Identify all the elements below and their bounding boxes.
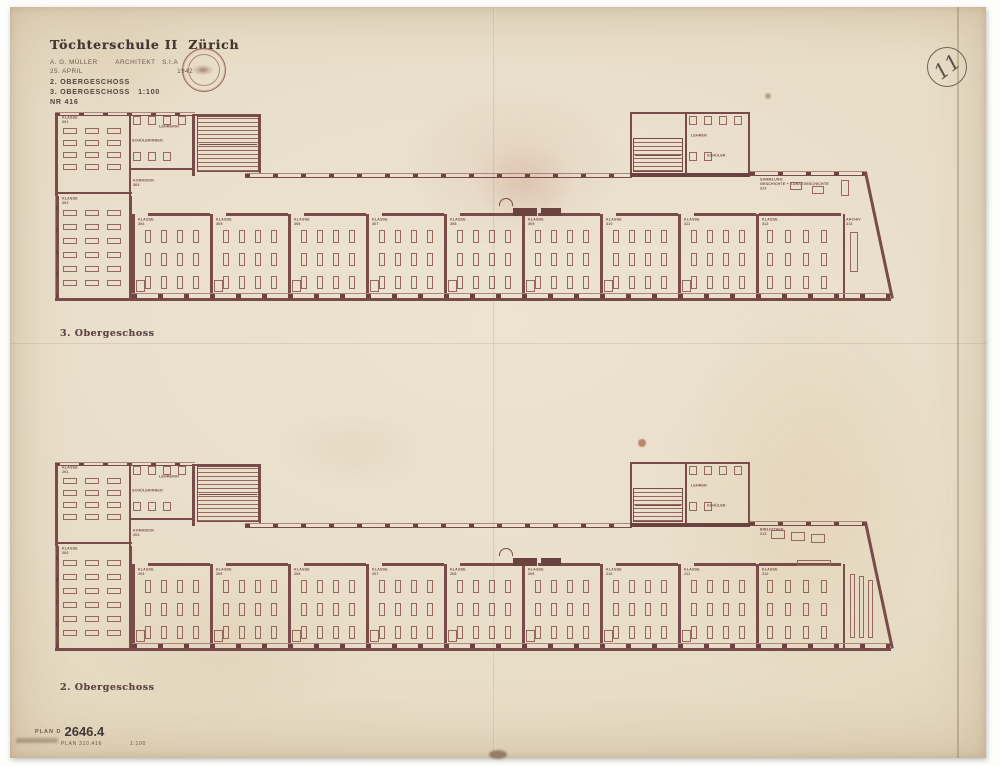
scale-ref: 1:100 <box>130 741 146 747</box>
room-label: ARCHIV 313 <box>846 218 877 228</box>
desk <box>107 252 121 258</box>
desk <box>567 580 573 593</box>
wall <box>630 112 632 176</box>
wc-stall <box>133 116 141 125</box>
room-label: SCHÜLERINNEN <box>132 139 163 149</box>
desk <box>457 230 463 243</box>
wall <box>444 564 447 650</box>
door-cabinet <box>214 280 223 292</box>
desk <box>661 276 667 289</box>
desk <box>645 580 651 593</box>
door-cabinet <box>448 280 457 292</box>
room-label: KORRIDOR 303 <box>133 179 164 189</box>
desk <box>473 580 479 593</box>
desk <box>629 276 635 289</box>
desk <box>161 253 167 266</box>
desk <box>107 588 121 594</box>
desk <box>767 580 773 593</box>
wc-stall <box>148 466 156 475</box>
desk <box>379 230 385 243</box>
desk <box>85 602 99 608</box>
desk <box>551 626 557 639</box>
desk <box>411 626 417 639</box>
desk <box>85 128 99 134</box>
wall <box>678 564 681 650</box>
door-arc <box>499 548 513 556</box>
desk <box>785 626 791 639</box>
desk <box>645 230 651 243</box>
desk <box>489 276 495 289</box>
room-label: KLASSE 205 <box>216 568 247 578</box>
desk <box>629 580 635 593</box>
desk <box>379 253 385 266</box>
window-band <box>245 173 632 178</box>
desk <box>691 276 697 289</box>
desk <box>691 580 697 593</box>
desk <box>379 276 385 289</box>
desk <box>473 253 479 266</box>
desk <box>107 152 121 158</box>
desk <box>803 626 809 639</box>
wall <box>541 558 561 566</box>
wall <box>132 214 135 300</box>
room-label: SCHÜLER <box>707 154 738 164</box>
desk <box>613 253 619 266</box>
architect-seal-stamp <box>182 48 226 92</box>
desk <box>613 626 619 639</box>
desk <box>301 580 307 593</box>
wall <box>132 564 135 650</box>
wall <box>685 462 687 524</box>
room-label: KLASSE 310 <box>606 218 637 228</box>
wall <box>148 213 210 216</box>
plan-sheet: Töchterschule II Zürich A. G. MÜLLER ARC… <box>10 7 986 758</box>
scan-page: Töchterschule II Zürich A. G. MÜLLER ARC… <box>0 0 1000 766</box>
desk <box>85 560 99 566</box>
desk <box>707 603 713 616</box>
desk <box>333 253 339 266</box>
desk <box>317 276 323 289</box>
desk <box>613 276 619 289</box>
slanted-wall <box>864 172 894 299</box>
desk <box>785 230 791 243</box>
desk <box>505 626 511 639</box>
wall <box>635 505 681 506</box>
desk <box>107 266 121 272</box>
desk <box>645 276 651 289</box>
desk <box>107 514 121 520</box>
desk <box>489 626 495 639</box>
wall <box>678 214 681 300</box>
wall <box>129 518 195 520</box>
desk <box>85 224 99 230</box>
desk <box>379 580 385 593</box>
desk <box>535 626 541 639</box>
desk <box>785 580 791 593</box>
desk <box>193 253 199 266</box>
floorplan-2-obergeschoss: KLASSE 201SCHÜLERINNENLEHRERINKORRIDOR 2… <box>55 462 897 654</box>
desk <box>427 253 433 266</box>
wc-stall <box>178 466 186 475</box>
door-cabinet <box>526 630 535 642</box>
desk <box>85 152 99 158</box>
wall <box>129 464 131 546</box>
desk <box>193 626 199 639</box>
desk <box>107 574 121 580</box>
desk <box>379 626 385 639</box>
desk <box>583 276 589 289</box>
desk <box>411 253 417 266</box>
desk <box>63 266 77 272</box>
room-label: KLASSE 201 <box>62 466 93 476</box>
desk <box>567 603 573 616</box>
desk <box>63 224 77 230</box>
wall <box>616 213 678 216</box>
desk <box>691 603 697 616</box>
desk <box>785 253 791 266</box>
desk <box>803 580 809 593</box>
desk <box>457 276 463 289</box>
desk <box>161 230 167 243</box>
desk <box>411 230 417 243</box>
desk <box>63 478 77 484</box>
room-label: KLASSE 204 <box>138 568 169 578</box>
wall <box>382 563 444 566</box>
wall <box>259 114 261 174</box>
desk <box>161 626 167 639</box>
window-band <box>55 196 59 298</box>
desk <box>489 603 495 616</box>
desk <box>349 230 355 243</box>
wc-stall <box>148 152 156 161</box>
desk <box>535 276 541 289</box>
desk <box>629 626 635 639</box>
desk <box>489 253 495 266</box>
wall <box>756 564 759 650</box>
paper-stain <box>638 439 646 447</box>
desk <box>85 588 99 594</box>
desk <box>691 230 697 243</box>
desk <box>223 580 229 593</box>
desk <box>803 603 809 616</box>
archive-stamp: PLAN D2646.4 PLAN 310.416 1:100 <box>35 723 146 747</box>
desk <box>473 626 479 639</box>
desk <box>395 603 401 616</box>
desk <box>239 276 245 289</box>
wall <box>55 648 891 651</box>
wall <box>199 494 257 495</box>
desk <box>161 603 167 616</box>
cabinet <box>850 232 858 272</box>
desk <box>107 140 121 146</box>
desk <box>107 490 121 496</box>
wall <box>541 208 561 216</box>
wc-stall <box>148 502 156 511</box>
desk <box>239 626 245 639</box>
wc-stall <box>734 116 742 125</box>
desk <box>223 626 229 639</box>
desk <box>177 230 183 243</box>
wall <box>600 214 603 300</box>
desk <box>85 252 99 258</box>
desk <box>63 616 77 622</box>
desk <box>317 603 323 616</box>
desk <box>457 580 463 593</box>
wall <box>513 208 537 216</box>
desk <box>145 603 151 616</box>
desk <box>317 253 323 266</box>
desk <box>63 238 77 244</box>
desk <box>255 276 261 289</box>
room-label: KLASSE 312 <box>762 218 793 228</box>
wc-stall <box>163 152 171 161</box>
desk <box>301 603 307 616</box>
desk <box>107 502 121 508</box>
wc-stall <box>133 152 141 161</box>
wc-stall <box>734 466 742 475</box>
desk <box>239 230 245 243</box>
desk <box>85 630 99 636</box>
desk <box>85 210 99 216</box>
wall <box>288 214 291 300</box>
desk <box>107 478 121 484</box>
desk <box>821 626 827 639</box>
wc-stall <box>704 116 712 125</box>
wall <box>148 563 210 566</box>
desk <box>427 626 433 639</box>
desk <box>567 276 573 289</box>
room-label: KLASSE 307 <box>372 218 403 228</box>
desk <box>645 253 651 266</box>
paper-stain <box>489 750 507 759</box>
desk <box>457 253 463 266</box>
door-cabinet <box>604 630 613 642</box>
wall <box>759 213 841 216</box>
wall <box>192 464 195 526</box>
wall <box>630 173 750 177</box>
desk <box>505 580 511 593</box>
wc-stall <box>133 502 141 511</box>
room-label: KLASSE 305 <box>216 218 247 228</box>
wc-stall <box>178 116 186 125</box>
desk <box>301 276 307 289</box>
desk <box>489 230 495 243</box>
room-label: KLASSE 209 <box>528 568 559 578</box>
wall <box>522 564 525 650</box>
desk <box>723 603 729 616</box>
desk <box>551 253 557 266</box>
desk <box>271 580 277 593</box>
desk <box>821 603 827 616</box>
desk <box>301 626 307 639</box>
wall <box>630 462 750 464</box>
desk <box>63 560 77 566</box>
room-label: LEHRERIN <box>159 125 190 135</box>
wall <box>630 523 750 527</box>
room-label: LEHRER <box>691 134 722 144</box>
room-label: KLASSE 302 <box>62 197 93 207</box>
corner-form-note <box>16 738 58 743</box>
desk <box>427 276 433 289</box>
furniture <box>791 532 805 541</box>
room-label: SCHÜLERINNEN <box>132 489 163 499</box>
desk <box>301 230 307 243</box>
desk <box>785 603 791 616</box>
desk <box>63 630 77 636</box>
desk <box>271 276 277 289</box>
desk <box>145 230 151 243</box>
desk <box>107 602 121 608</box>
desk <box>821 230 827 243</box>
desk <box>63 490 77 496</box>
desk <box>739 276 745 289</box>
wc-stall <box>689 466 697 475</box>
desk <box>301 253 307 266</box>
desk <box>821 253 827 266</box>
desk <box>535 603 541 616</box>
desk <box>271 603 277 616</box>
desk <box>691 253 697 266</box>
desk <box>161 580 167 593</box>
desk <box>145 580 151 593</box>
desk <box>583 253 589 266</box>
desk <box>707 580 713 593</box>
desk <box>583 603 589 616</box>
desk <box>551 603 557 616</box>
desk <box>63 252 77 258</box>
desk <box>255 253 261 266</box>
desk <box>271 230 277 243</box>
desk <box>85 238 99 244</box>
desk <box>661 626 667 639</box>
desk <box>739 230 745 243</box>
desk <box>63 602 77 608</box>
desk <box>145 276 151 289</box>
bookshelf <box>859 576 864 638</box>
wall <box>304 213 366 216</box>
wall <box>210 214 213 300</box>
desk <box>85 280 99 286</box>
desk <box>395 253 401 266</box>
desk <box>107 128 121 134</box>
desk <box>803 276 809 289</box>
window-band <box>750 521 867 526</box>
desk <box>707 276 713 289</box>
furniture <box>771 530 785 539</box>
desk <box>177 626 183 639</box>
wall <box>55 298 891 301</box>
wc-stall <box>719 466 727 475</box>
desk <box>395 230 401 243</box>
door-cabinet <box>682 630 691 642</box>
desk <box>505 276 511 289</box>
room-label: KLASSE 311 <box>684 218 715 228</box>
desk <box>107 224 121 230</box>
desk <box>161 276 167 289</box>
desk <box>411 276 417 289</box>
desk <box>107 560 121 566</box>
desk <box>255 230 261 243</box>
desk <box>85 164 99 170</box>
bookshelf <box>850 574 855 638</box>
sheet-number-badge: 11 <box>927 47 967 87</box>
desk <box>535 230 541 243</box>
desk <box>317 580 323 593</box>
desk <box>223 230 229 243</box>
desk <box>107 238 121 244</box>
desk <box>411 580 417 593</box>
desk <box>255 626 261 639</box>
wall <box>685 112 687 174</box>
desk <box>63 574 77 580</box>
desk <box>661 580 667 593</box>
desk <box>821 580 827 593</box>
wc-stall <box>689 502 697 511</box>
door-arc <box>499 198 513 206</box>
desk <box>107 164 121 170</box>
room-label: LEHRERIN <box>159 475 190 485</box>
desk <box>535 580 541 593</box>
wall <box>444 214 447 300</box>
wall <box>57 542 132 544</box>
desk <box>739 580 745 593</box>
desk <box>193 276 199 289</box>
bookshelf <box>868 580 873 638</box>
desk <box>349 603 355 616</box>
wc-stall <box>689 152 697 161</box>
desk <box>629 603 635 616</box>
desk <box>661 230 667 243</box>
desk <box>567 253 573 266</box>
desk <box>85 490 99 496</box>
room-label: KLASSE 207 <box>372 568 403 578</box>
wall <box>748 462 750 526</box>
desk <box>767 253 773 266</box>
desk <box>645 603 651 616</box>
desk <box>107 616 121 622</box>
room-label: KLASSE 306 <box>294 218 325 228</box>
desk <box>333 276 339 289</box>
door-cabinet <box>448 630 457 642</box>
desk <box>177 253 183 266</box>
plan-ref: PLAN 310.416 <box>61 741 102 747</box>
desk <box>193 603 199 616</box>
window-band <box>55 546 59 648</box>
wc-stall <box>163 466 171 475</box>
wall <box>694 563 756 566</box>
desk <box>567 626 573 639</box>
wc-stall <box>163 116 171 125</box>
desk <box>723 253 729 266</box>
desk <box>349 253 355 266</box>
room-label: KLASSE 206 <box>294 568 325 578</box>
desk <box>63 280 77 286</box>
desk <box>333 603 339 616</box>
wc-stall <box>148 116 156 125</box>
desk <box>333 580 339 593</box>
desk <box>63 164 77 170</box>
desk <box>177 603 183 616</box>
desk <box>255 603 261 616</box>
wall <box>635 155 681 156</box>
desk <box>505 230 511 243</box>
wall <box>366 214 369 300</box>
furniture <box>811 534 825 543</box>
wall <box>748 112 750 176</box>
wall <box>843 564 845 650</box>
plan-caption-2og: 2. Obergeschoss <box>60 682 154 693</box>
wall <box>382 213 444 216</box>
